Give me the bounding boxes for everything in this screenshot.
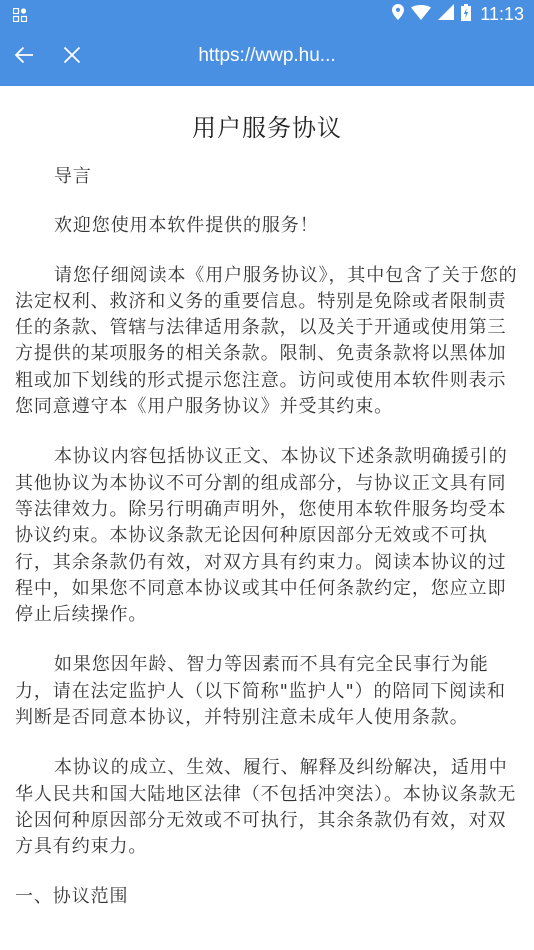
document-title: 用户服务协议 — [0, 108, 534, 143]
app-bar: https://wwp.hu... — [0, 28, 534, 86]
welcome-text: 欢迎您使用本软件提供的服务！ — [15, 213, 518, 239]
page-url-title: https://wwp.hu... — [0, 45, 534, 67]
section-heading: 一、协议范围 — [15, 884, 518, 910]
status-icons: 11:13 — [392, 0, 524, 28]
paragraph: 本协议内容包括协议正文、本协议下述条款明确援引的其他协议为本协议不可分割的组成部… — [15, 444, 518, 628]
app-grid-icon — [13, 7, 27, 21]
status-bar: 11:13 — [0, 0, 534, 28]
wifi-icon — [411, 5, 431, 24]
cell-signal-icon — [438, 4, 454, 24]
paragraph: 请您仔细阅读本《用户服务协议》，其中包含了关于您的法定权利、救济和义务的重要信息… — [15, 263, 518, 421]
paragraph: 本协议的成立、生效、履行、解释及纠纷解决，适用中华人民共和国大陆地区法律（不包括… — [15, 755, 518, 860]
paragraph: 如果您因年龄、智力等因素而不具有完全民事行为能力，请在法定监护人（以下简称"监护… — [15, 652, 518, 731]
status-time: 11:13 — [480, 4, 524, 25]
document-content[interactable]: 用户服务协议 导言 欢迎您使用本软件提供的服务！ 请您仔细阅读本《用户服务协议》… — [0, 86, 534, 950]
location-icon — [392, 4, 404, 24]
battery-charging-icon — [461, 4, 471, 25]
intro-heading: 导言 — [15, 164, 518, 190]
